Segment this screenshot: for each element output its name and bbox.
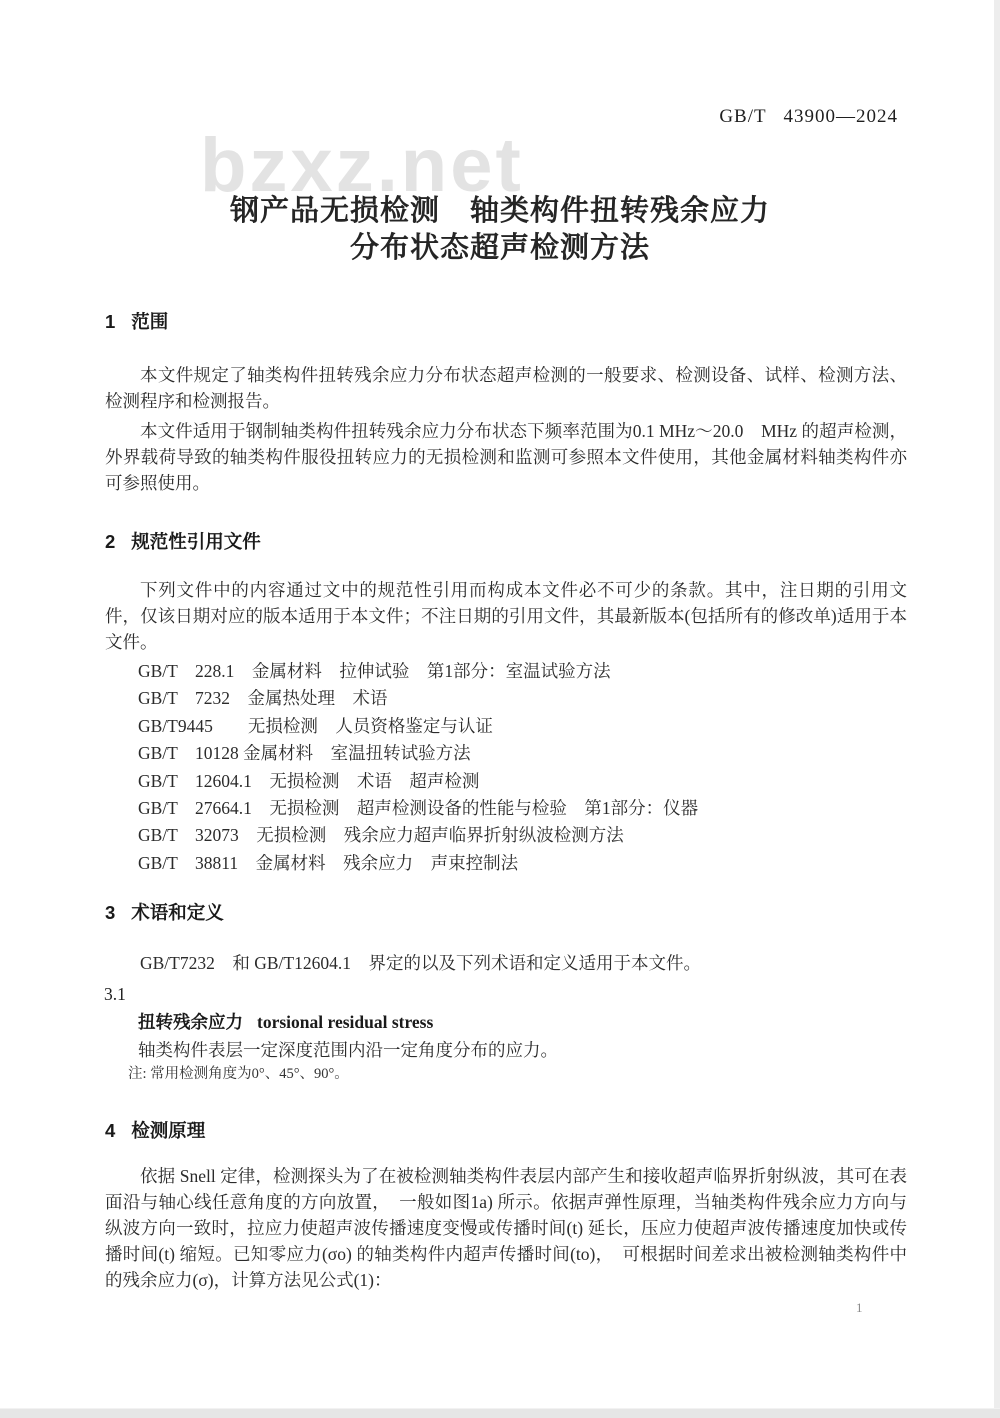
section-2-number: 2	[105, 531, 115, 553]
section-3-number: 3	[105, 902, 115, 924]
page-number: 1	[856, 1300, 863, 1316]
section-1-title: 范围	[131, 311, 168, 332]
scan-edge-bottom	[0, 1408, 1000, 1418]
reference-item: GB/T 12604.1 无损检测 术语 超声检测	[138, 768, 908, 795]
section-3-intro: GB/T7232 和 GB/T12604.1 界定的以及下列术语和定义适用于本文…	[105, 950, 907, 976]
section-2-heading: 2规范性引用文件	[105, 528, 261, 554]
section-1-paragraph-2: 本文件适用于钢制轴类构件扭转残余应力分布状态下频率范围为0.1 MHz～20.0…	[105, 418, 907, 496]
doc-number: GB/T 43900—2024	[719, 106, 898, 128]
reference-item: GB/T 7232 金属热处理 术语	[138, 685, 908, 712]
reference-item: GB/T 228.1 金属材料 拉伸试验 第1部分：室温试验方法	[138, 658, 908, 685]
reference-item: GB/T 32073 无损检测 残余应力超声临界折射纵波检测方法	[138, 822, 908, 849]
reference-item: GB/T 10128 金属材料 室温扭转试验方法	[138, 740, 908, 767]
section-4-heading: 4检测原理	[105, 1117, 205, 1143]
section-3-title: 术语和定义	[131, 902, 224, 923]
term-english: torsional residual stress	[257, 1012, 433, 1032]
term-line: 扭转残余应力torsional residual stress	[138, 1009, 433, 1034]
section-2-intro: 下列文件中的内容通过文中的规范性引用而构成本文件必不可少的条款。其中，注日期的引…	[105, 577, 907, 655]
section-1-paragraph-1: 本文件规定了轴类构件扭转残余应力分布状态超声检测的一般要求、检测设备、试样、检测…	[105, 362, 907, 414]
section-1-heading: 1范围	[105, 308, 168, 334]
normative-references-list: GB/T 228.1 金属材料 拉伸试验 第1部分：室温试验方法 GB/T 72…	[138, 658, 908, 877]
term-note: 注: 常用检测角度为0°、45°、90°。	[128, 1062, 349, 1083]
doc-title: 钢产品无损检测 轴类构件扭转残余应力 分布状态超声检测方法	[0, 193, 1000, 267]
section-4-title: 检测原理	[131, 1120, 205, 1141]
doc-title-line1: 钢产品无损检测 轴类构件扭转残余应力	[0, 193, 1000, 230]
reference-item: GB/T9445 无损检测 人员资格鉴定与认证	[138, 713, 908, 740]
section-4-paragraph: 依据 Snell 定律，检测探头为了在被检测轴类构件表层内部产生和接收超声临界折…	[105, 1163, 907, 1293]
reference-item: GB/T 27664.1 无损检测 超声检测设备的性能与检验 第1部分：仪器	[138, 795, 908, 822]
reference-item: GB/T 38811 金属材料 残余应力 声束控制法	[138, 850, 908, 877]
document-page: bzxz.net GB/T 43900—2024 钢产品无损检测 轴类构件扭转残…	[0, 0, 1000, 1418]
clause-number: 3.1	[104, 984, 126, 1005]
term-chinese: 扭转残余应力	[138, 1012, 243, 1032]
term-definition: 轴类构件表层一定深度范围内沿一定角度分布的应力。	[138, 1037, 558, 1062]
section-4-number: 4	[105, 1120, 115, 1142]
section-2-title: 规范性引用文件	[131, 531, 261, 552]
section-3-heading: 3术语和定义	[105, 899, 224, 925]
section-1-number: 1	[105, 311, 115, 333]
doc-title-line2: 分布状态超声检测方法	[0, 230, 1000, 267]
